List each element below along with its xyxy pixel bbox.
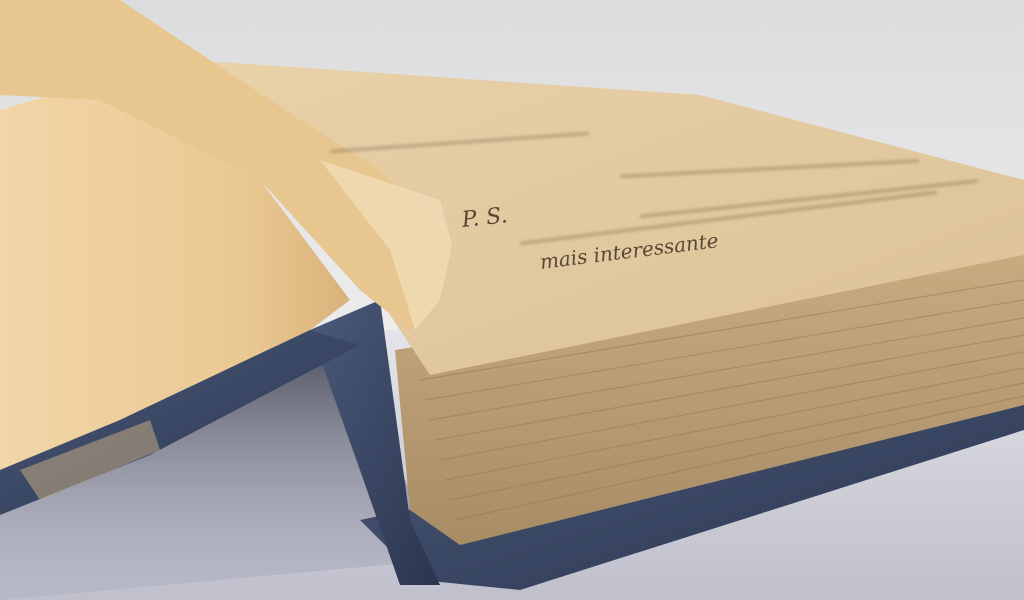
handwriting-line-ps: P. S. xyxy=(461,203,509,233)
photo-scene: P. S. mais interessante xyxy=(0,0,1024,600)
book-illustration xyxy=(0,0,1024,600)
